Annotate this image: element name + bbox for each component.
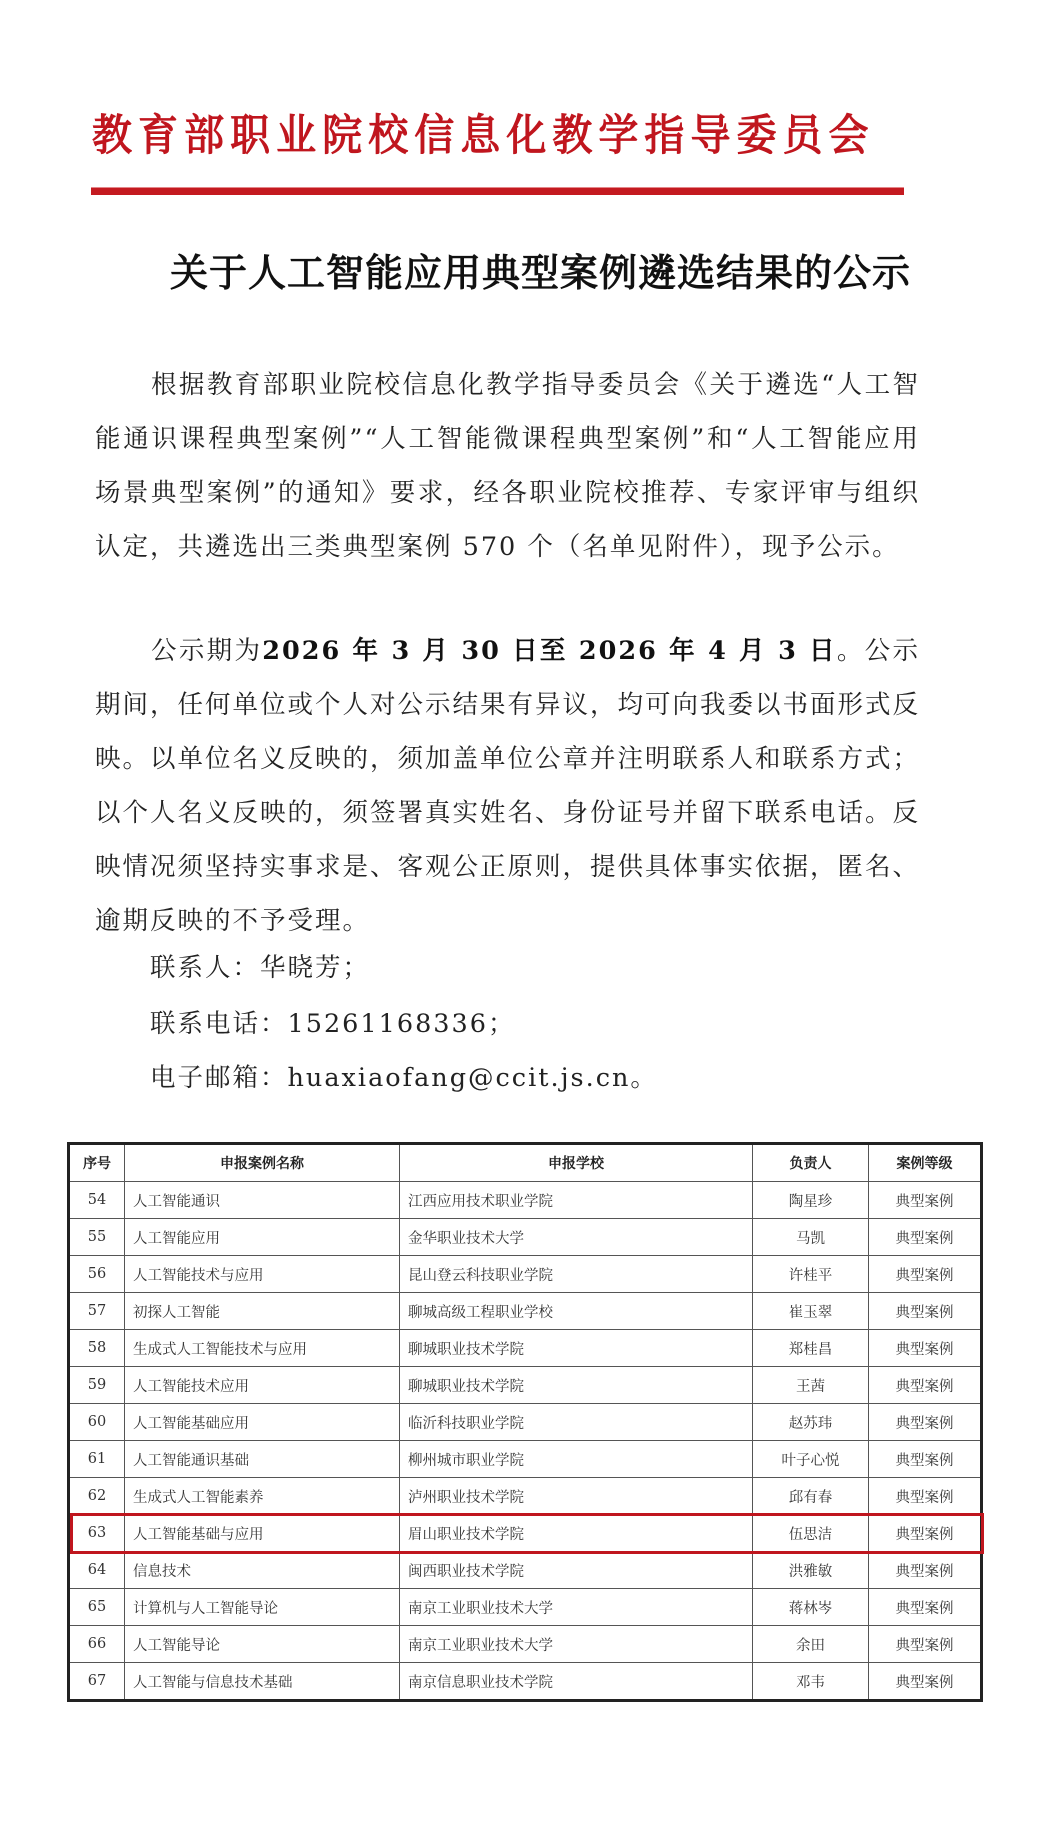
cell-person: 王茜: [753, 1367, 869, 1404]
cell-level: 典型案例: [869, 1404, 982, 1441]
header-no: 序号: [69, 1144, 125, 1182]
cell-level: 典型案例: [869, 1663, 982, 1701]
cell-level: 典型案例: [869, 1330, 982, 1367]
cell-no: 57: [69, 1293, 125, 1330]
cell-person: 余田: [753, 1626, 869, 1663]
cell-person: 马凯: [753, 1219, 869, 1256]
paragraph-notice-period: 公示期为2026 年 3 月 30 日至 2026 年 4 月 3 日。公示期间…: [95, 624, 920, 948]
contact-phone: 联系电话：15261168336；: [150, 1004, 515, 1044]
cell-no: 60: [69, 1404, 125, 1441]
cell-case-name: 人工智能技术应用: [125, 1367, 400, 1404]
cell-no: 64: [69, 1552, 125, 1589]
cell-school: 南京工业职业技术大学: [400, 1589, 753, 1626]
table-row: 66人工智能导论南京工业职业技术大学余田典型案例: [69, 1626, 982, 1663]
cell-school: 南京工业职业技术大学: [400, 1626, 753, 1663]
cell-level: 典型案例: [869, 1182, 982, 1219]
cell-school: 昆山登云科技职业学院: [400, 1256, 753, 1293]
cell-school: 江西应用技术职业学院: [400, 1182, 753, 1219]
cell-level: 典型案例: [869, 1589, 982, 1626]
table-row: 56人工智能技术与应用昆山登云科技职业学院许桂平典型案例: [69, 1256, 982, 1293]
cell-person: 伍思洁: [753, 1515, 869, 1552]
contact-person: 联系人：华晓芳；: [150, 948, 370, 988]
cell-school: 聊城高级工程职业学校: [400, 1293, 753, 1330]
cell-level: 典型案例: [869, 1478, 982, 1515]
paragraph-selection-basis: 根据教育部职业院校信息化教学指导委员会《关于遴选“人工智能通识课程典型案例”“人…: [95, 358, 920, 574]
cell-case-name: 人工智能应用: [125, 1219, 400, 1256]
cell-school: 眉山职业技术学院: [400, 1515, 753, 1552]
cell-no: 62: [69, 1478, 125, 1515]
cell-person: 崔玉翠: [753, 1293, 869, 1330]
cell-level: 典型案例: [869, 1552, 982, 1589]
cell-level: 典型案例: [869, 1441, 982, 1478]
notice-suffix: 。公示期间，任何单位或个人对公示结果有异议，均可向我委以书面形式反映。以单位名义…: [95, 636, 920, 936]
cell-case-name: 计算机与人工智能导论: [125, 1589, 400, 1626]
cell-case-name: 人工智能技术与应用: [125, 1256, 400, 1293]
results-table: 序号 申报案例名称 申报学校 负责人 案例等级 54人工智能通识江西应用技术职业…: [67, 1142, 983, 1702]
red-divider-rule: [91, 187, 904, 195]
body-paragraph-1: 根据教育部职业院校信息化教学指导委员会《关于遴选“人工智能通识课程典型案例”“人…: [95, 358, 920, 574]
cell-level: 典型案例: [869, 1256, 982, 1293]
notice-date-range: 2026 年 3 月 30 日至 2026 年 4 月 3 日: [262, 636, 837, 666]
cell-level: 典型案例: [869, 1626, 982, 1663]
cell-person: 叶子心悦: [753, 1441, 869, 1478]
cell-person: 郑桂昌: [753, 1330, 869, 1367]
cell-person: 邓韦: [753, 1663, 869, 1701]
cell-case-name: 人工智能与信息技术基础: [125, 1663, 400, 1701]
header-person: 负责人: [753, 1144, 869, 1182]
cell-no: 59: [69, 1367, 125, 1404]
table-row: 61人工智能通识基础柳州城市职业学院叶子心悦典型案例: [69, 1441, 982, 1478]
cell-case-name: 人工智能通识基础: [125, 1441, 400, 1478]
cell-person: 许桂平: [753, 1256, 869, 1293]
table-row: 59人工智能技术应用聊城职业技术学院王茜典型案例: [69, 1367, 982, 1404]
cell-case-name: 初探人工智能: [125, 1293, 400, 1330]
organization-header: 教育部职业院校信息化教学指导委员会: [92, 108, 855, 164]
cell-no: 61: [69, 1441, 125, 1478]
cell-level: 典型案例: [869, 1293, 982, 1330]
header-case-name: 申报案例名称: [125, 1144, 400, 1182]
cell-no: 66: [69, 1626, 125, 1663]
body-paragraph-2: 公示期为2026 年 3 月 30 日至 2026 年 4 月 3 日。公示期间…: [95, 624, 920, 948]
cell-no: 55: [69, 1219, 125, 1256]
cell-school: 金华职业技术大学: [400, 1219, 753, 1256]
cell-person: 蒋林岑: [753, 1589, 869, 1626]
document-title: 关于人工智能应用典型案例遴选结果的公示: [0, 248, 1056, 298]
cell-school: 临沂科技职业学院: [400, 1404, 753, 1441]
table-row: 62生成式人工智能素养泸州职业技术学院邱有春典型案例: [69, 1478, 982, 1515]
contact-email: 电子邮箱：huaxiaofang@ccit.js.cn。: [150, 1058, 658, 1098]
cell-person: 洪雅敏: [753, 1552, 869, 1589]
cell-person: 赵苏玮: [753, 1404, 869, 1441]
table-row: 54人工智能通识江西应用技术职业学院陶星珍典型案例: [69, 1182, 982, 1219]
cell-school: 聊城职业技术学院: [400, 1330, 753, 1367]
table-row: 67人工智能与信息技术基础南京信息职业技术学院邓韦典型案例: [69, 1663, 982, 1701]
cell-level: 典型案例: [869, 1367, 982, 1404]
cell-no: 65: [69, 1589, 125, 1626]
cell-case-name: 信息技术: [125, 1552, 400, 1589]
cell-school: 南京信息职业技术学院: [400, 1663, 753, 1701]
cell-no: 67: [69, 1663, 125, 1701]
cell-case-name: 人工智能基础应用: [125, 1404, 400, 1441]
cell-school: 闽西职业技术学院: [400, 1552, 753, 1589]
cell-case-name: 人工智能基础与应用: [125, 1515, 400, 1552]
table-row: 64信息技术闽西职业技术学院洪雅敏典型案例: [69, 1552, 982, 1589]
cell-no: 58: [69, 1330, 125, 1367]
table-header-row: 序号 申报案例名称 申报学校 负责人 案例等级: [69, 1144, 982, 1182]
cell-school: 聊城职业技术学院: [400, 1367, 753, 1404]
cell-level: 典型案例: [869, 1219, 982, 1256]
results-table-container: 序号 申报案例名称 申报学校 负责人 案例等级 54人工智能通识江西应用技术职业…: [67, 1142, 980, 1702]
table-row: 58生成式人工智能技术与应用聊城职业技术学院郑桂昌典型案例: [69, 1330, 982, 1367]
cell-school: 柳州城市职业学院: [400, 1441, 753, 1478]
cell-person: 邱有春: [753, 1478, 869, 1515]
table-row: 60人工智能基础应用临沂科技职业学院赵苏玮典型案例: [69, 1404, 982, 1441]
cell-no: 56: [69, 1256, 125, 1293]
cell-case-name: 人工智能导论: [125, 1626, 400, 1663]
notice-prefix: 公示期为: [151, 636, 262, 666]
cell-no: 63: [69, 1515, 125, 1552]
cell-person: 陶星珍: [753, 1182, 869, 1219]
cell-school: 泸州职业技术学院: [400, 1478, 753, 1515]
cell-case-name: 生成式人工智能素养: [125, 1478, 400, 1515]
cell-level: 典型案例: [869, 1515, 982, 1552]
cell-case-name: 人工智能通识: [125, 1182, 400, 1219]
header-level: 案例等级: [869, 1144, 982, 1182]
table-row-highlighted: 63人工智能基础与应用眉山职业技术学院伍思洁典型案例: [69, 1515, 982, 1552]
header-school: 申报学校: [400, 1144, 753, 1182]
table-row: 55人工智能应用金华职业技术大学马凯典型案例: [69, 1219, 982, 1256]
cell-no: 54: [69, 1182, 125, 1219]
table-row: 57初探人工智能聊城高级工程职业学校崔玉翠典型案例: [69, 1293, 982, 1330]
table-row: 65计算机与人工智能导论南京工业职业技术大学蒋林岑典型案例: [69, 1589, 982, 1626]
cell-case-name: 生成式人工智能技术与应用: [125, 1330, 400, 1367]
